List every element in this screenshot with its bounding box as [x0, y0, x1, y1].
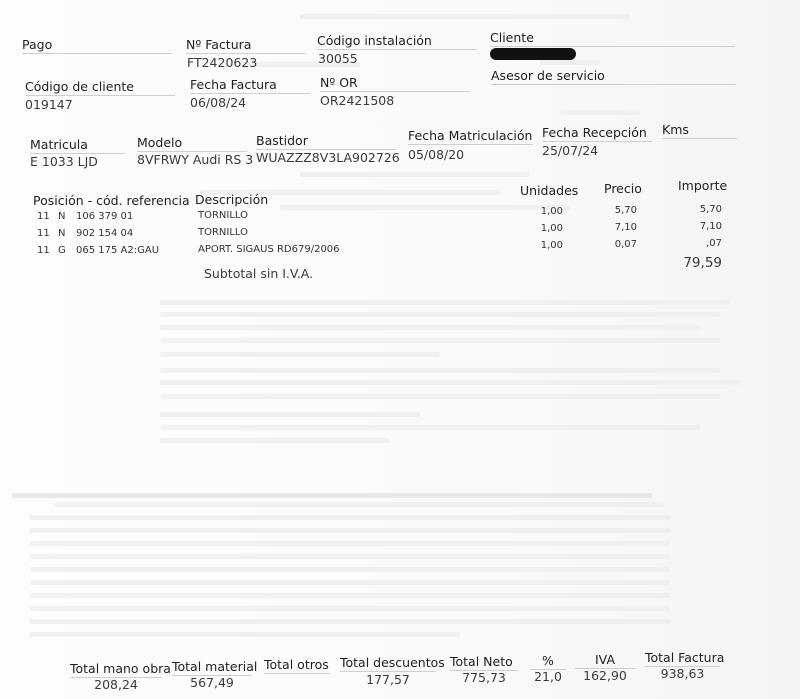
codigo-cliente-value: 019147: [25, 97, 73, 112]
total-mano-obra-label: Total mano obra: [70, 661, 162, 678]
col-header-precio: Precio: [604, 181, 642, 196]
item-description: TORNILLO: [198, 210, 428, 221]
item-units: 1,00: [515, 240, 563, 251]
codigo-instalacion-value: 30055: [318, 51, 358, 66]
item-price: 0,07: [590, 239, 637, 250]
modelo-label: Modelo: [137, 135, 247, 152]
matricula-label: Matricula: [30, 137, 125, 154]
cliente-label: Cliente: [490, 30, 735, 47]
item-amount: 5,70: [680, 204, 722, 215]
item-type: N: [58, 228, 70, 239]
pago-label: Pago: [22, 37, 172, 54]
col-header-referencia: Posición - cód. referencia: [33, 193, 190, 208]
fecha-factura-value: 06/08/24: [190, 95, 246, 110]
total-mano-obra-value: 208,24: [70, 677, 162, 692]
fecha-recepcion-label: Fecha Recepción: [542, 125, 652, 142]
subtotal-value: 79,59: [640, 255, 722, 271]
total-descuentos-label: Total descuentos: [340, 655, 436, 672]
numero-or-label: Nº OR: [320, 75, 470, 92]
item-description: APORT. SIGAUS RD679/2006: [198, 244, 428, 255]
item-units: 1,00: [515, 223, 563, 234]
item-reference: 902 154 04: [76, 228, 186, 239]
invoice-page: Pago Nº Factura FT2420623 Código instala…: [0, 0, 800, 699]
item-position: 11: [37, 228, 55, 239]
codigo-cliente-label: Código de cliente: [25, 79, 175, 96]
factura-number-value: FT2420623: [187, 55, 257, 70]
total-factura-label: Total Factura: [645, 650, 720, 667]
fecha-matriculacion-value: 05/08/20: [408, 147, 464, 162]
col-header-importe: Importe: [678, 178, 727, 193]
iva-label: IVA: [575, 652, 635, 669]
modelo-value: 8VFRWY Audi RS 3: [137, 152, 253, 167]
item-reference: 065 175 A2:GAU: [76, 245, 186, 256]
fecha-factura-label: Fecha Factura: [190, 77, 310, 94]
item-units: 1,00: [515, 206, 563, 217]
numero-or-value: OR2421508: [320, 93, 394, 108]
kms-label: Kms: [662, 122, 737, 139]
item-amount: 7,10: [680, 221, 722, 232]
item-position: 11: [37, 245, 55, 256]
cliente-redaction: [490, 48, 576, 60]
total-material-label: Total material: [172, 659, 252, 676]
asesor-label: Asesor de servicio: [491, 68, 736, 85]
bastidor-value: WUAZZZ8V3LA902726: [256, 150, 400, 165]
item-price: 7,10: [590, 222, 637, 233]
item-position: 11: [37, 211, 55, 222]
iva-percent-value: 21,0: [530, 669, 566, 684]
bastidor-label: Bastidor: [256, 133, 396, 150]
total-neto-label: Total Neto: [450, 654, 518, 671]
total-descuentos-value: 177,57: [340, 672, 436, 687]
item-price: 5,70: [590, 205, 637, 216]
matricula-value: E 1033 LJD: [30, 154, 98, 169]
item-description: TORNILLO: [198, 227, 428, 238]
col-header-descripcion: Descripción: [195, 192, 268, 207]
fecha-matriculacion-label: Fecha Matriculación: [408, 128, 533, 145]
item-type: G: [58, 245, 70, 256]
iva-value: 162,90: [575, 668, 635, 683]
fecha-recepcion-value: 25/07/24: [542, 143, 598, 158]
factura-number-label: Nº Factura: [186, 37, 306, 54]
total-material-value: 567,49: [172, 675, 252, 690]
iva-percent-label: %: [530, 653, 566, 670]
col-header-unidades: Unidades: [520, 183, 578, 198]
item-reference: 106 379 01: [76, 211, 186, 222]
total-otros-label: Total otros: [264, 657, 330, 674]
total-factura-value: 938,63: [645, 666, 720, 681]
item-type: N: [58, 211, 70, 222]
subtotal-label: Subtotal sin I.V.A.: [204, 266, 313, 281]
total-neto-value: 775,73: [450, 670, 518, 685]
item-amount: ,07: [680, 238, 722, 249]
codigo-instalacion-label: Código instalación: [317, 33, 477, 50]
